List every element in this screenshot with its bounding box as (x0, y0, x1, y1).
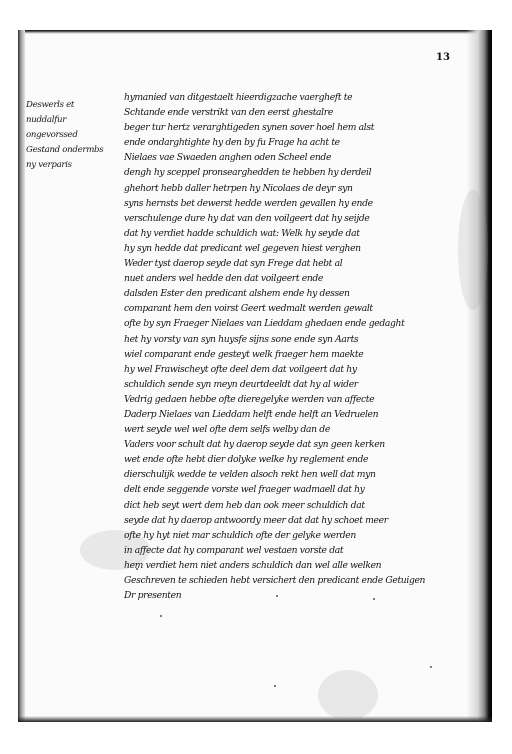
margin-note-line: ongevorssed (26, 128, 118, 143)
text-line: nuet anders wel hedde den dat voilgeert … (124, 271, 474, 286)
text-line: verschulenge dure hy dat van den voilgee… (124, 211, 474, 226)
page-number: 13 (436, 52, 450, 63)
text-line: comparant hem den voirst Geert wedmalt w… (124, 301, 474, 316)
text-line: Dr presenten (124, 588, 474, 603)
margin-note-line: Gestand ondermbs (26, 143, 118, 158)
text-line: beger tur hertz verarghtigeden synen sov… (124, 120, 474, 135)
text-line: wet ende ofte hebt dier dolyke welke hy … (124, 452, 474, 467)
margin-note-line: nuddalfur (26, 113, 118, 128)
text-line: dict heb seyt wert dem heb dan ook meer … (124, 498, 474, 513)
text-line: het hy vorsty van syn huysfe sijns sone … (124, 332, 474, 347)
paper-speck (430, 666, 432, 668)
text-line: Schtande ende verstrikt van den eerst gh… (124, 105, 474, 120)
manuscript-body-text: hymanied van ditgestaelt hieerdigzache v… (124, 90, 474, 603)
text-line: schuldich sende syn meyn deurtdeeldt dat… (124, 377, 474, 392)
text-line: hy wel Frawischeyt ofte deel dem dat voi… (124, 362, 474, 377)
text-line: Weder tyst daerop seyde dat syn Frege da… (124, 256, 474, 271)
text-line: ofte hy hyt niet mar schuldich ofte der … (124, 528, 474, 543)
manuscript-page: 13 Deswerls et nuddalfur ongevorssed Ges… (18, 30, 492, 722)
text-line: ende ondarghtighte hy den by fu Frage ha… (124, 135, 474, 150)
paper-speck (274, 685, 276, 687)
text-line: delt ende seggende vorste wel fraeger wa… (124, 482, 474, 497)
page-left-edge-shadow (18, 30, 25, 722)
text-line: in affecte dat hy comparant wel vestaen … (124, 543, 474, 558)
text-line: Geschreven te schieden hebt versichert d… (124, 573, 474, 588)
text-line: wert seyde wel wel ofte dem selfs welby … (124, 422, 474, 437)
text-line: hymanied van ditgestaelt hieerdigzache v… (124, 90, 474, 105)
page-bottom-edge-shadow (18, 716, 492, 722)
text-line: Nielaes vae Swaeden anghen oden Scheel e… (124, 150, 474, 165)
text-line: hem verdiet hem niet anders schuldich da… (124, 558, 474, 573)
margin-note-line: Deswerls et (26, 98, 118, 113)
text-line: seyde dat hy daerop antwoordy meer dat d… (124, 513, 474, 528)
paper-stain (318, 670, 378, 720)
paper-speck (160, 615, 162, 617)
text-line: ofte by syn Fraeger Nielaes van Lieddam … (124, 316, 474, 331)
text-line: syns hernsts bet dewerst hedde werden ge… (124, 196, 474, 211)
text-line: dat hy verdiet hadde schuldich wat: Welk… (124, 226, 474, 241)
text-line: wiel comparant ende gesteyt welk fraeger… (124, 347, 474, 362)
text-line: Vaders voor schult dat hy daerop seyde d… (124, 437, 474, 452)
text-line: hy syn hedde dat predicant wel gegeven h… (124, 241, 474, 256)
text-line: Vedrig gedaen hebbe ofte dieregelyke wer… (124, 392, 474, 407)
text-line: Daderp Nielaes van Lieddam helft ende he… (124, 407, 474, 422)
margin-note-line: ny verparis (26, 158, 118, 173)
text-line: dalsden Ester den predicant alshem ende … (124, 286, 474, 301)
text-line: ghehort hebb daller hetrpen hy Nicolaes … (124, 181, 474, 196)
text-line: dierschulijk wedde te velden alsoch rekt… (124, 467, 474, 482)
margin-note: Deswerls et nuddalfur ongevorssed Gestan… (26, 98, 118, 173)
text-line: dengh hy sceppel pronsearghedden te hebb… (124, 165, 474, 180)
